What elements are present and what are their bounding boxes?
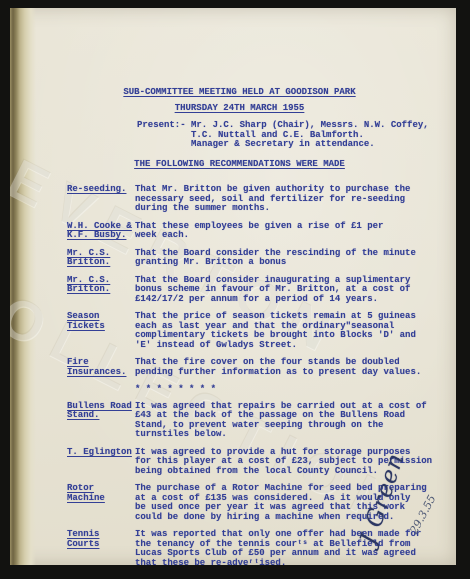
section-fire-insurances: Fire Insurances. That the fire cover on …	[67, 358, 440, 377]
title-block: SUB-COMMITTEE MEETING HELD AT GOODISON P…	[67, 88, 440, 113]
section-bullens-road: Bullens Road Stand. It was agreed that r…	[67, 402, 440, 440]
section-body: That Mr. Britton be given authority to p…	[135, 185, 440, 214]
section-heading: Mr. C.S. Britton.	[67, 276, 135, 305]
section-heading: Bullens Road Stand.	[67, 402, 135, 440]
section-heading: Season Tickets	[67, 312, 135, 350]
section-body: It was agreed that repairs be carried ou…	[135, 402, 440, 440]
section-heading: T. Eglington	[67, 448, 135, 477]
section-heading: Tennis Courts	[67, 530, 135, 565]
meeting-date: THURSDAY 24TH MARCH 1955	[67, 104, 412, 114]
page-title: SUB-COMMITTEE MEETING HELD AT GOODISON P…	[67, 88, 412, 98]
section-cooke-busby: W.H. Cooke & K.F. Busby. That these empl…	[67, 222, 440, 241]
section-body: That the fire cover on the four stands b…	[135, 358, 440, 377]
section-heading: Fire Insurances.	[67, 358, 135, 377]
present-list: Present:- Mr. J.C. Sharp (Chair), Messrs…	[137, 121, 440, 150]
paper-sheet: EVERTONCOLLECTION SUB-COMMITTEE MEETING …	[10, 8, 456, 565]
section-reseeding: Re-seeding. That Mr. Britton be given au…	[67, 185, 440, 214]
section-body: That the Board consider the rescinding o…	[135, 249, 440, 268]
section-body: That these employees be given a rise of …	[135, 222, 440, 241]
section-heading: Rotor Machine	[67, 484, 135, 522]
recommendations-heading-block: THE FOLLOWING RECOMMENDATIONS WERE MADE	[67, 160, 440, 170]
section-body: That the price of season tickets remain …	[135, 312, 440, 350]
scanned-minutes-page: EVERTONCOLLECTION SUB-COMMITTEE MEETING …	[0, 0, 470, 579]
section-heading: Re-seeding.	[67, 185, 135, 214]
asterisk-divider: * * * * * * * *	[135, 385, 440, 395]
section-body: It was reported that only one offer had …	[135, 530, 440, 565]
section-heading: Mr. C.S. Britton.	[67, 249, 135, 268]
section-season-tickets: Season Tickets That the price of season …	[67, 312, 440, 350]
section-britton-bonus: Mr. C.S. Britton. That the Board conside…	[67, 276, 440, 305]
section-britton-rescind: Mr. C.S. Britton. That the Board conside…	[67, 249, 440, 268]
section-body: That the Board consider inaugurating a s…	[135, 276, 440, 305]
recommendations-heading: THE FOLLOWING RECOMMENDATIONS WERE MADE	[134, 159, 345, 169]
section-heading: W.H. Cooke & K.F. Busby.	[67, 222, 135, 241]
